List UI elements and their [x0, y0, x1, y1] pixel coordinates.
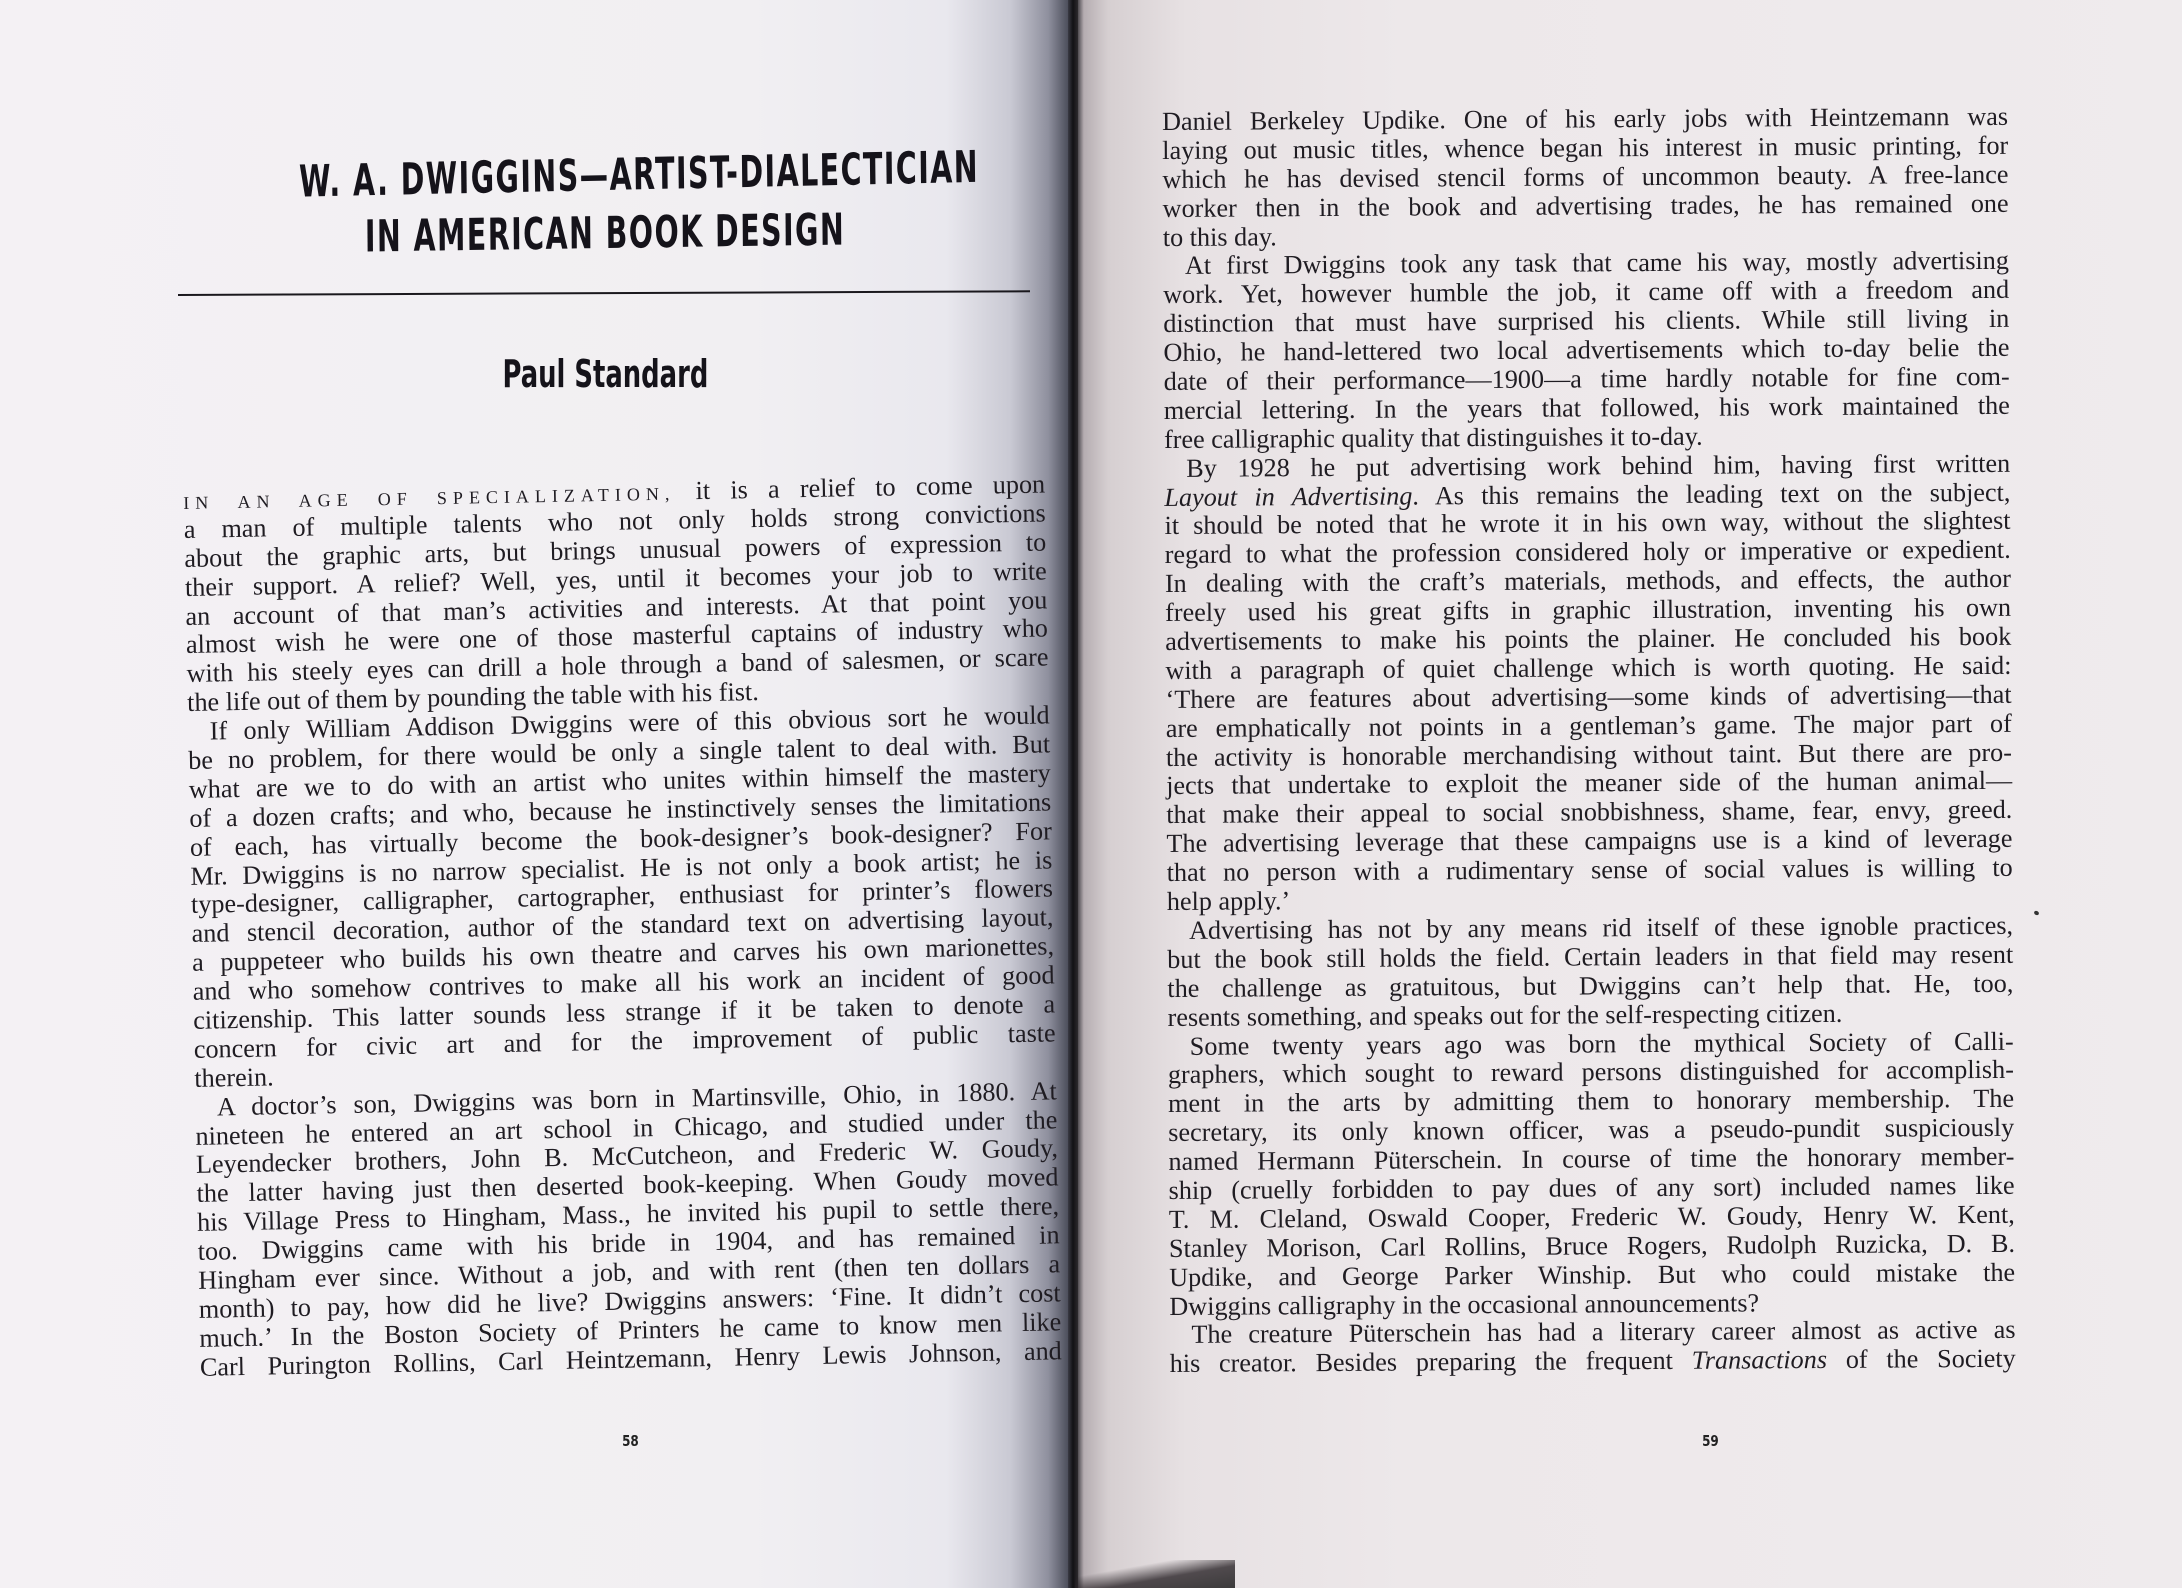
text-line: worker then in the book and advertising …: [1163, 190, 2009, 224]
text-line: Updike, and George Parker Winship. But w…: [1169, 1258, 2015, 1292]
book-spread: W. A. DWIGGINS—ARTIST-DIALECTICIAN IN AM…: [0, 0, 2182, 1588]
title-line-2: IN AMERICAN BOOK DESIGN: [299, 204, 911, 265]
transactions-italic: Transactions: [1692, 1345, 1828, 1375]
book-title-italic: Layout in Advertising: [1164, 481, 1412, 512]
page-number-left: 58: [620, 1432, 641, 1450]
right-body-text: Daniel Berkeley Updike. One of his early…: [1162, 103, 2016, 1379]
text-line: his creator. Besides preparing the frequ…: [1170, 1345, 2016, 1379]
left-body-text: IN AN AGE OF SPECIALIZATION, it is a rel…: [183, 470, 1062, 1382]
article-title: W. A. DWIGGINS—ARTIST-DIALECTICIAN IN AM…: [180, 150, 1030, 260]
text-line: mercial lettering. In the years that fol…: [1164, 392, 2010, 426]
author-name: Paul Standard: [502, 352, 708, 396]
title-line-1: W. A. DWIGGINS—ARTIST-DIALECTICIAN: [299, 143, 912, 208]
page-bottom-shadow: [1075, 1560, 1235, 1588]
page-number-right: 59: [1700, 1432, 1721, 1450]
author-byline: Paul Standard: [180, 352, 1030, 396]
text-line: that no person with a rudimentary sense …: [1167, 854, 2013, 888]
text-line: the challenge as gratuitous, but Dwiggin…: [1167, 970, 2013, 1004]
book-gutter: [1068, 0, 1078, 1588]
